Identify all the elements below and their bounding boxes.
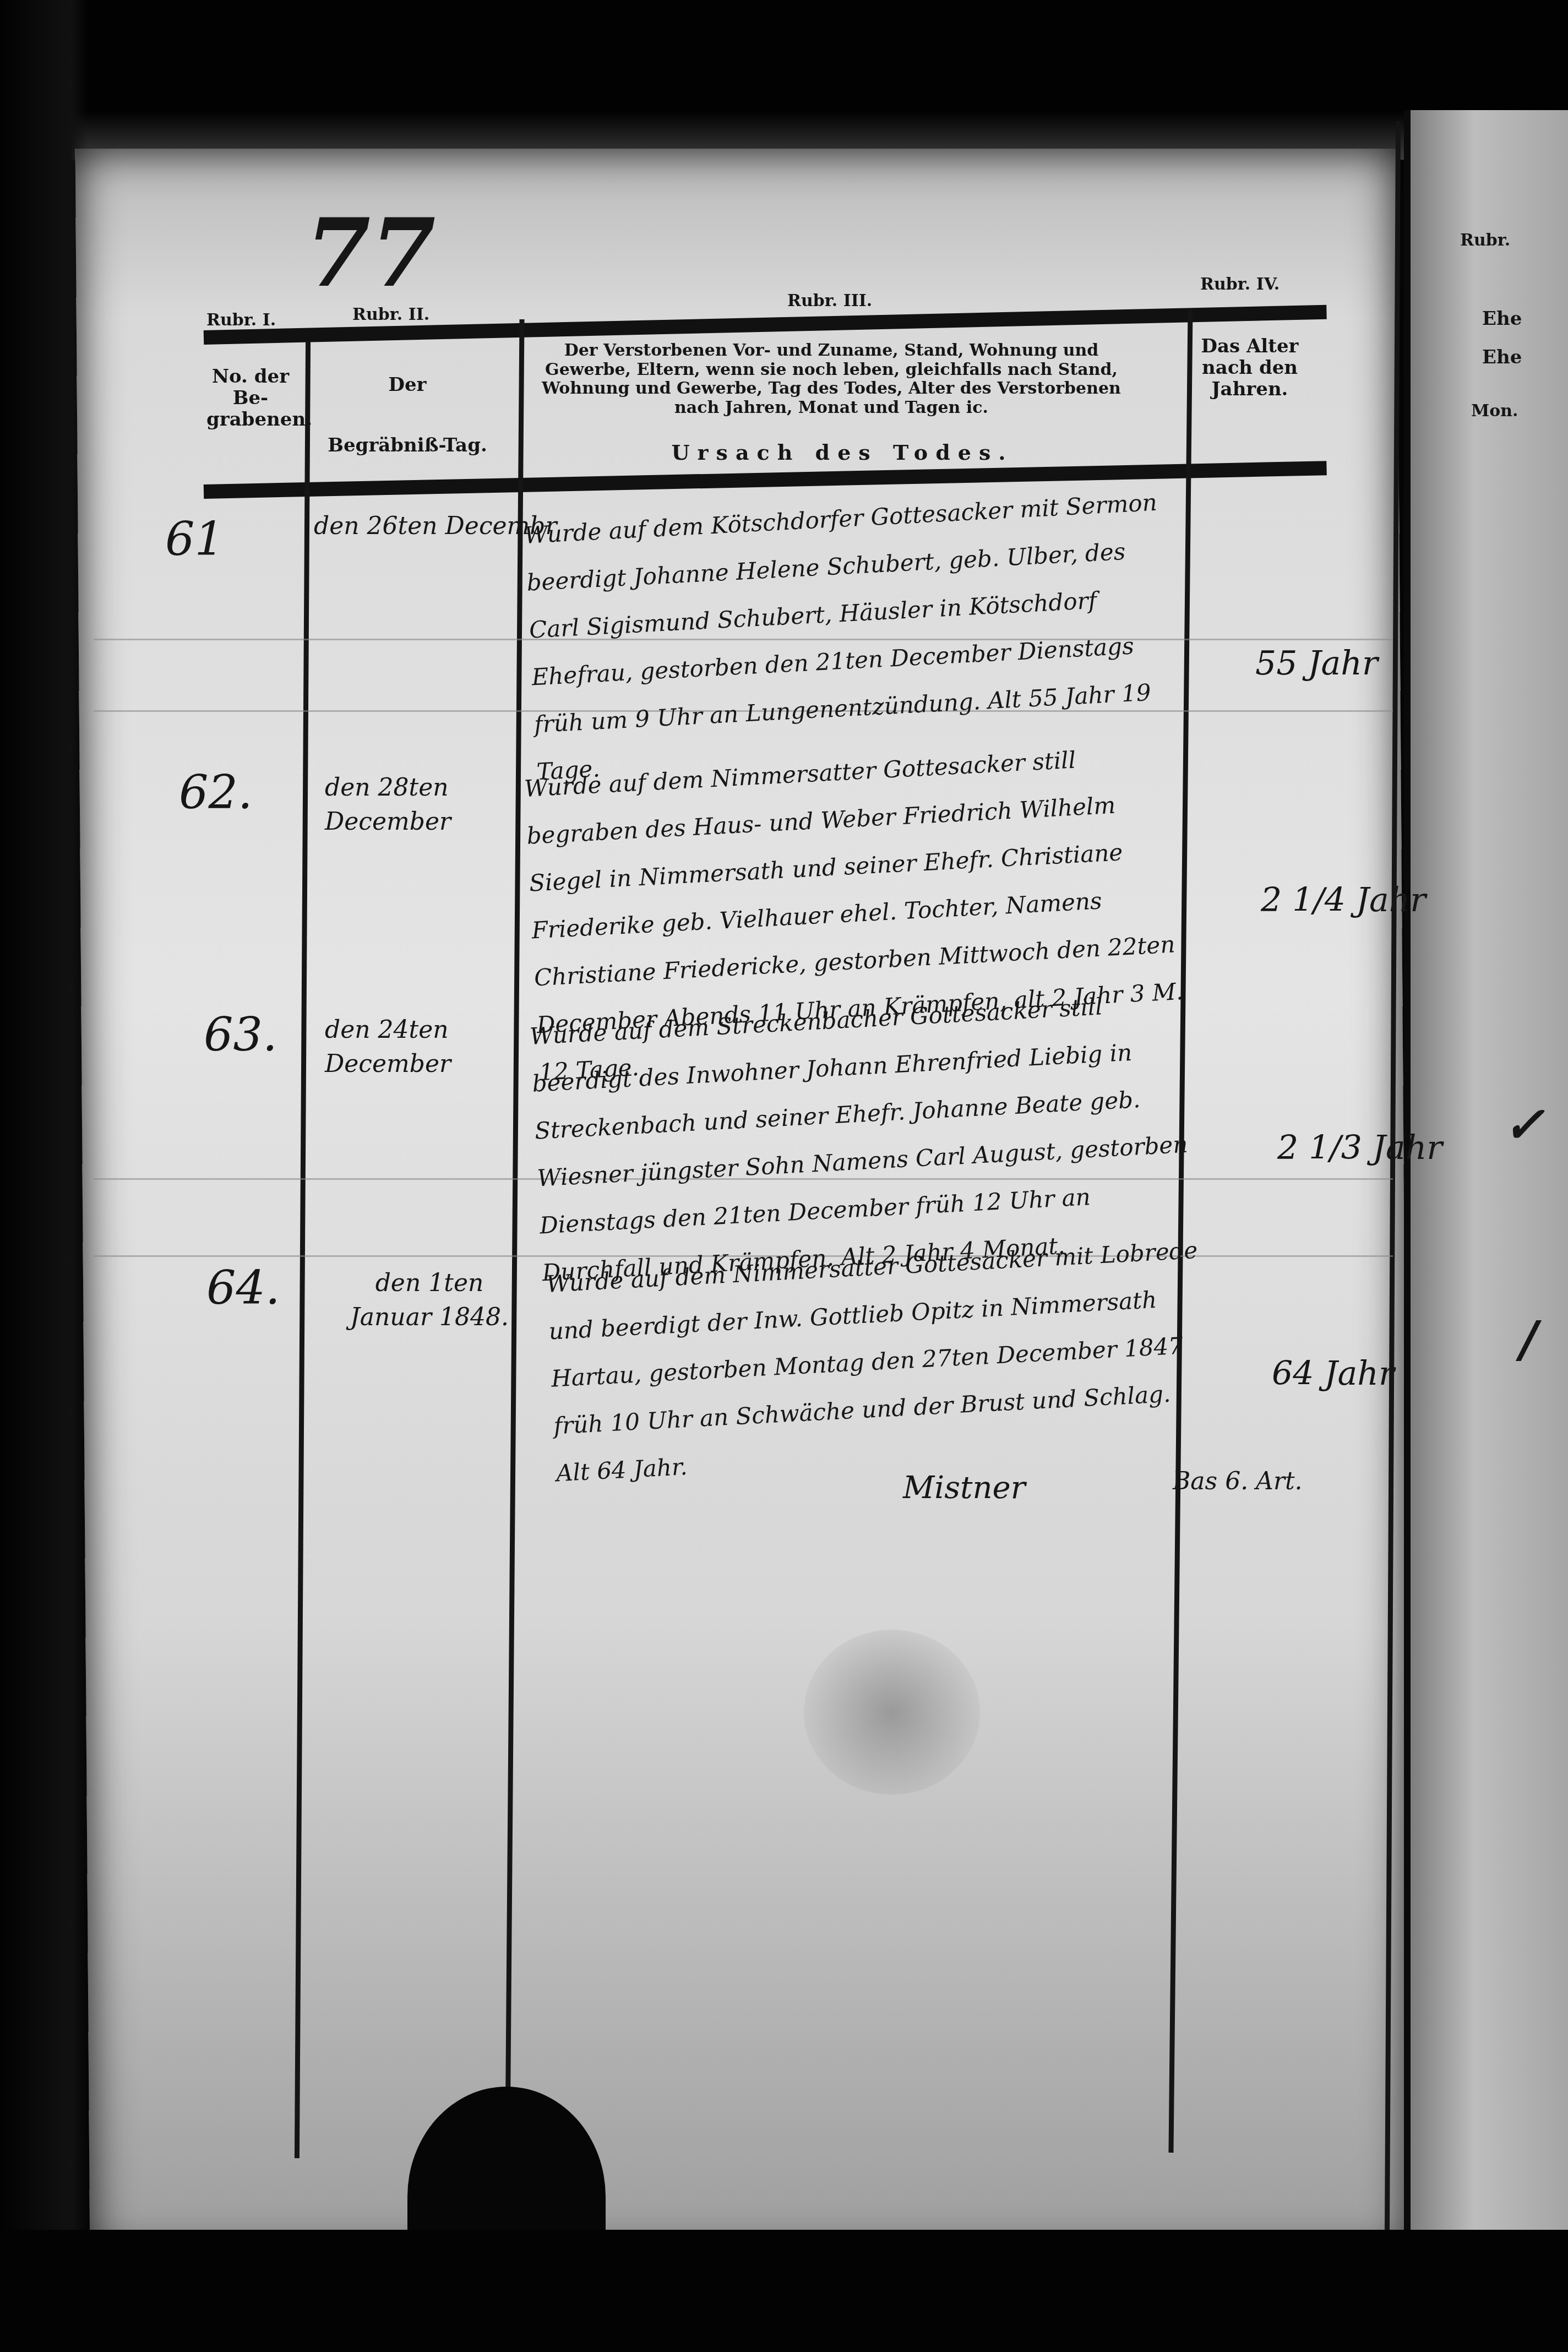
facing-fragment: Mon. [1471, 402, 1518, 421]
photo-bottom-shadow [0, 2230, 1568, 2352]
col-header-age: Das Alter nach den Jahren. [1184, 336, 1316, 400]
photo-left-shadow [0, 0, 88, 2352]
burial-date: den 1ten Januar 1848. [341, 1266, 518, 1334]
entry-number: 64. [206, 1261, 280, 1315]
col-header-no: No. der Be-grabenen. [206, 366, 295, 431]
entry-age: 2 1/3 Jahr [1277, 1129, 1442, 1167]
rubric-1: Rubr. I. [206, 311, 276, 330]
burial-date: den 26ten Decembr [314, 509, 557, 543]
margin-slash-mark: / [1520, 1310, 1538, 1369]
margin-checkmark: ✓ [1503, 1096, 1544, 1154]
folio-number: 77 [306, 198, 436, 308]
burial-date: den 24ten December [325, 1013, 501, 1081]
col-header-cause: Ursach des Todes. [650, 440, 1035, 465]
col-header-date-top: Der [308, 374, 507, 396]
entry-age: 55 Jahr [1255, 644, 1378, 683]
burial-date: den 28ten December [325, 771, 501, 839]
rubric-4: Rubr. IV. [1200, 275, 1280, 295]
facing-page: Rubr. Ehe Ehe Mon. [1411, 110, 1568, 2257]
entry-age: 2 1/4 Jahr [1261, 881, 1426, 919]
entry-number: 63. [204, 1008, 277, 1061]
photo-top-shadow [0, 0, 1568, 160]
rubric-2: Rubr. II. [352, 306, 429, 325]
margin-annotation: Bas 6. Art. [1173, 1464, 1303, 1499]
ink-stain [804, 1630, 980, 1795]
entry-text: Wurde auf dem Nimmersatter Gottesacker m… [545, 1227, 1212, 1498]
page-gutter [1404, 110, 1411, 2257]
col-header-date-bottom: Begräbniß-Tag. [306, 435, 509, 456]
entry-number: 61 [165, 512, 224, 566]
rubric-3: Rubr. III. [787, 292, 872, 311]
pastor-signature: Mistner [903, 1470, 1025, 1506]
facing-rubric: Rubr. [1460, 231, 1510, 251]
entry-age: 64 Jahr [1272, 1354, 1395, 1393]
facing-fragment: Ehe [1482, 347, 1522, 368]
col-header-details: Der Verstorbenen Vor- und Zuname, Stand,… [523, 341, 1140, 417]
entry-number: 62. [179, 765, 253, 819]
facing-fragment: Ehe [1482, 308, 1522, 330]
